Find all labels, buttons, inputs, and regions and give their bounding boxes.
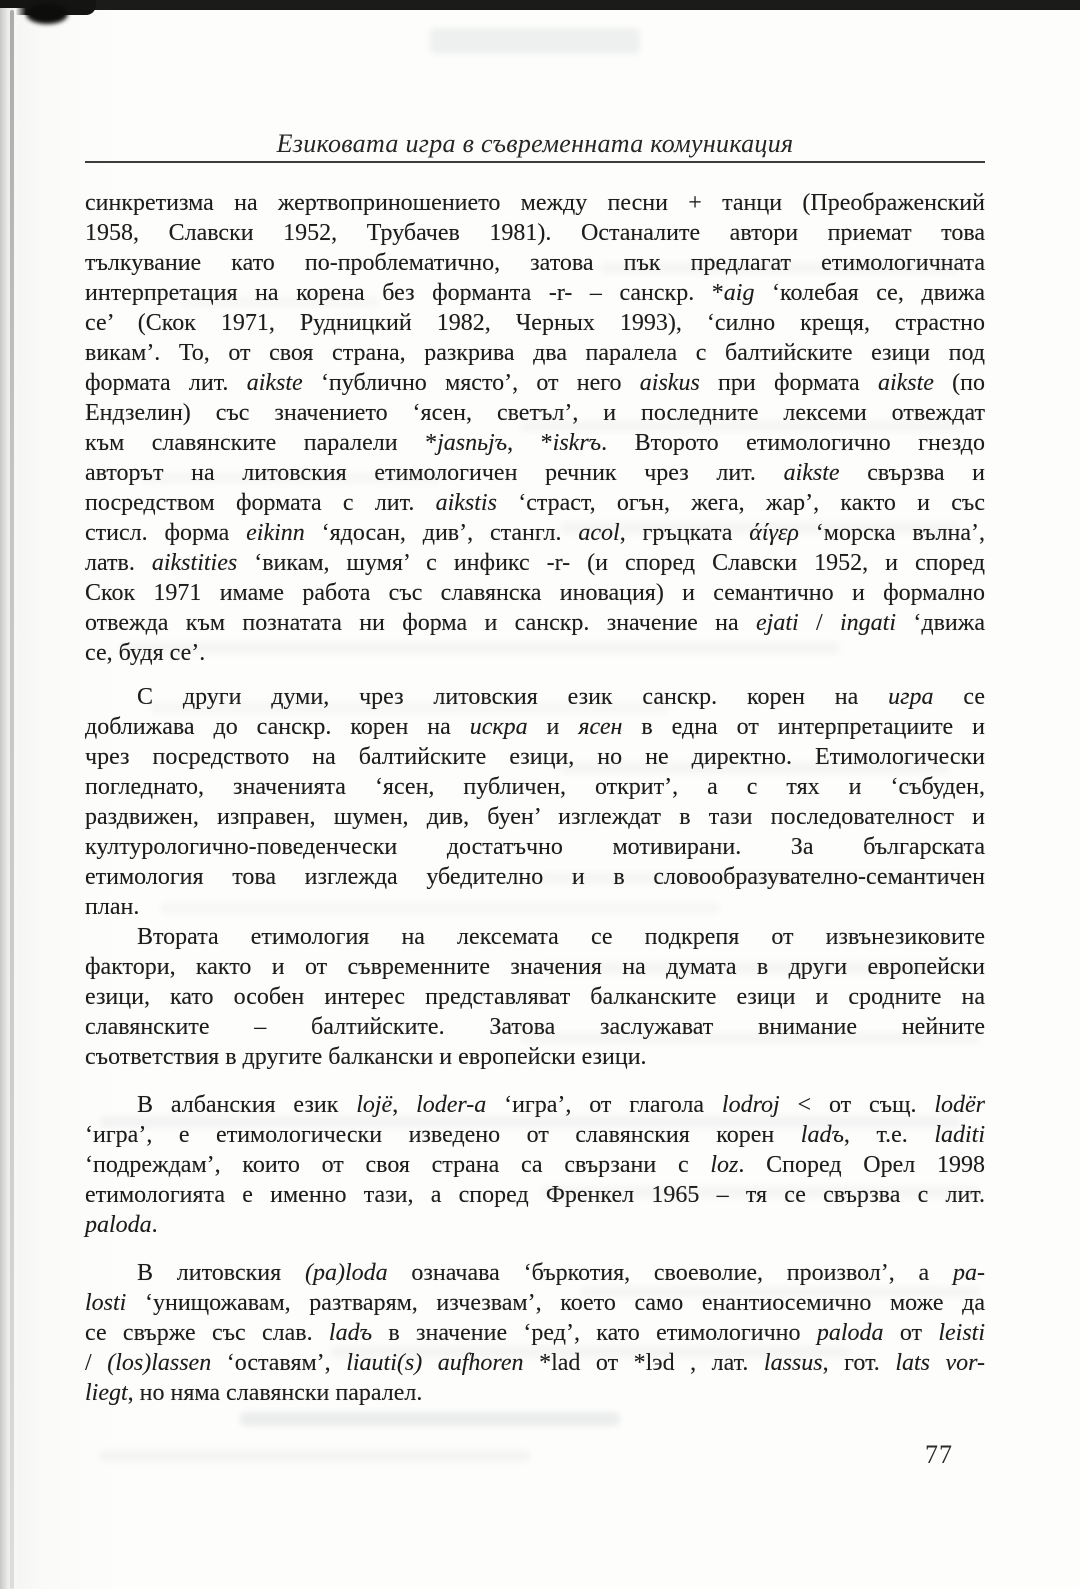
text-line: отвежда към познатата ни форма и санскр.… bbox=[85, 608, 985, 638]
text-line: фактори, както и от съвременните значени… bbox=[85, 952, 985, 982]
text-line: paloda. bbox=[85, 1210, 985, 1240]
text-line: формата лит. aikste ‘публично място’, от… bbox=[85, 368, 985, 398]
text-line: интерпретация на корена без форманта -r-… bbox=[85, 278, 985, 308]
text-line: Скок 1971 имаме работа със славянска ино… bbox=[85, 578, 985, 608]
text-line: към славянските паралели *jasnьjъ, *iskr… bbox=[85, 428, 985, 458]
text-line: етимологията е именно тази, а според Фре… bbox=[85, 1180, 985, 1210]
text-line: liegt, но няма славянски паралел. bbox=[85, 1378, 985, 1408]
text-line: losti ‘унищожавам, разтварям, изчезвам’,… bbox=[85, 1288, 985, 1318]
running-header-title: Езиковата игра в съвременната комуникаци… bbox=[277, 129, 794, 158]
text-line: викам’. То, от своя страна, разкрива два… bbox=[85, 338, 985, 368]
text-line: се, будя се’. bbox=[85, 638, 985, 668]
text-line: план. bbox=[85, 892, 985, 922]
text-line: се’ (Скок 1971, Рудницкий 1982, Черных 1… bbox=[85, 308, 985, 338]
text-line: тълкувание като по-проблематично, затова… bbox=[85, 248, 985, 278]
running-header: Езиковата игра в съвременната комуникаци… bbox=[85, 129, 985, 159]
text-line: културологично-поведенчески достатъчно м… bbox=[85, 832, 985, 862]
text-line: стисл. форма eikinn ‘ядосан, див’, станг… bbox=[85, 518, 985, 548]
paragraph: С други думи, чрез литовския език санскр… bbox=[85, 682, 985, 922]
paragraph: В албанския език lojë, loder-a ‘игра’, о… bbox=[85, 1090, 985, 1240]
text-line: езици, като особен интерес представляват… bbox=[85, 982, 985, 1012]
text-line: С други думи, чрез литовския език санскр… bbox=[85, 682, 985, 712]
scan-top-edge bbox=[0, 0, 1080, 10]
text-line: съответствия в другите балкански и европ… bbox=[85, 1042, 985, 1072]
paragraph: Втората етимология на лексемата се подкр… bbox=[85, 922, 985, 1072]
text-line: доближава до санскр. корен на искра и яс… bbox=[85, 712, 985, 742]
text-line: чрез посредството на балтийските езици, … bbox=[85, 742, 985, 772]
page-number: 77 bbox=[85, 1440, 953, 1470]
text-line: етимология това изглежда убедително и в … bbox=[85, 862, 985, 892]
text-line: погледнато, значенията ‘ясен, публичен, … bbox=[85, 772, 985, 802]
body-text: синкретизма на жертвоприношението между … bbox=[85, 188, 985, 1408]
text-line: Ендзелин) със значението ‘ясен, светъл’,… bbox=[85, 398, 985, 428]
text-line: синкретизма на жертвоприношението между … bbox=[85, 188, 985, 218]
text-line: ‘игра’, е етимологически изведено от сла… bbox=[85, 1120, 985, 1150]
text-line: авторът на литовския етимологичен речник… bbox=[85, 458, 985, 488]
text-line: В литовския (pa)loda означава ‘бъркотия,… bbox=[85, 1258, 985, 1288]
text-line: посредством формата с лит. aikstis ‘стра… bbox=[85, 488, 985, 518]
text-line: / (los)lassen ‘оставям’, liauti(s) aufho… bbox=[85, 1348, 985, 1378]
paragraph: В литовския (pa)loda означава ‘бъркотия,… bbox=[85, 1258, 985, 1408]
text-line: славянските – балтийските. Затова заслуж… bbox=[85, 1012, 985, 1042]
text-line: ‘подреждам’, които от своя страна са свъ… bbox=[85, 1150, 985, 1180]
text-line: Втората етимология на лексемата се подкр… bbox=[85, 922, 985, 952]
text-line: се свърже със слав. ladъ в значение ‘ред… bbox=[85, 1318, 985, 1348]
scan-left-binding-line bbox=[10, 10, 14, 1589]
text-line: латв. aikstities ‘викам, шумя’ с инфикс … bbox=[85, 548, 985, 578]
text-line: раздвижен, изправен, шумен, див, буен’ и… bbox=[85, 802, 985, 832]
paragraph: синкретизма на жертвоприношението между … bbox=[85, 188, 985, 668]
scanned-book-page: Езиковата игра в съвременната комуникаци… bbox=[0, 0, 1080, 1589]
text-line: 1958, Славски 1952, Трубачев 1981). Оста… bbox=[85, 218, 985, 248]
text-line: В албанския език lojë, loder-a ‘игра’, о… bbox=[85, 1090, 985, 1120]
scan-corner-blob bbox=[26, 4, 68, 24]
header-rule bbox=[85, 161, 985, 163]
